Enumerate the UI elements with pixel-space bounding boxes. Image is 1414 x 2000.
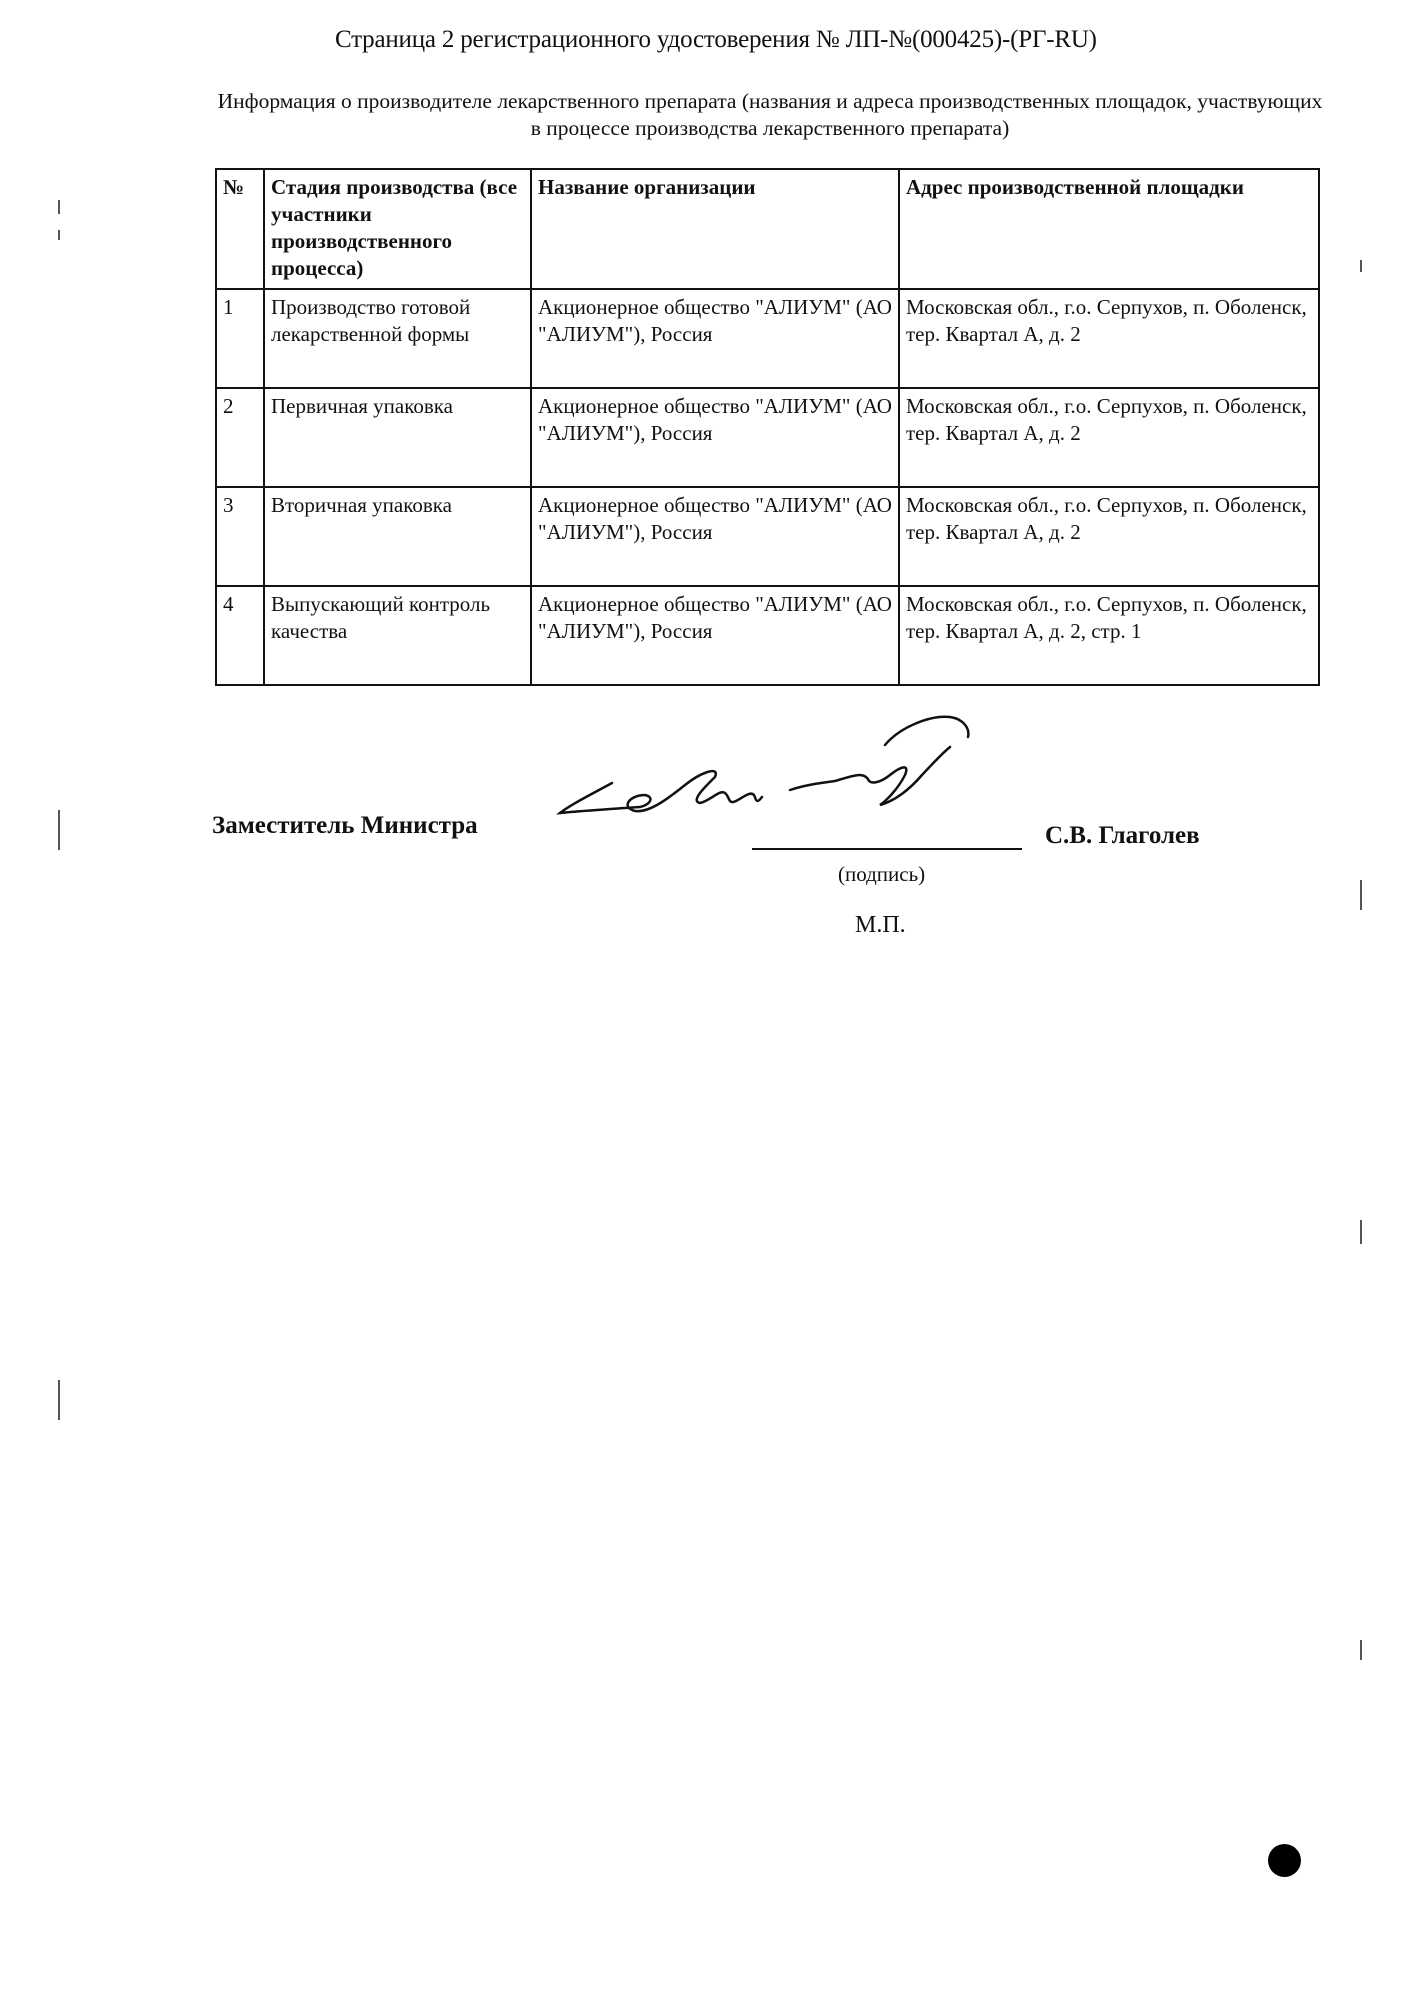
row-organization: Акционерное общество "АЛИУМ" (АО "АЛИУМ"… [531, 487, 899, 586]
signature-line [752, 848, 1022, 850]
row-stage: Производство готовой лекарственной формы [264, 289, 531, 388]
scan-artifact [58, 1380, 60, 1420]
column-header-stage: Стадия производства (все участники произ… [264, 169, 531, 289]
row-organization: Акционерное общество "АЛИУМ" (АО "АЛИУМ"… [531, 586, 899, 685]
row-stage: Выпускающий контроль качества [264, 586, 531, 685]
table-caption: Информация о производителе лекарственног… [215, 88, 1325, 142]
table-row: 4 Выпускающий контроль качества Акционер… [216, 586, 1319, 685]
row-organization: Акционерное общество "АЛИУМ" (АО "АЛИУМ"… [531, 388, 899, 487]
row-organization: Акционерное общество "АЛИУМ" (АО "АЛИУМ"… [531, 289, 899, 388]
column-header-organization: Название организации [531, 169, 899, 289]
row-address: Московская обл., г.о. Серпухов, п. Оболе… [899, 289, 1319, 388]
table-row: 2 Первичная упаковка Акционерное обществ… [216, 388, 1319, 487]
signatory-position: Заместитель Министра [212, 812, 478, 840]
row-address: Московская обл., г.о. Серпухов, п. Оболе… [899, 487, 1319, 586]
scan-artifact [58, 200, 60, 214]
scan-artifact [1360, 1640, 1362, 1660]
table-row: 1 Производство готовой лекарственной фор… [216, 289, 1319, 388]
row-number: 4 [216, 586, 264, 685]
row-number: 2 [216, 388, 264, 487]
column-header-number: № [216, 169, 264, 289]
handwritten-signature [550, 705, 1090, 835]
scan-artifact [1360, 260, 1362, 272]
table-header-row: № Стадия производства (все участники про… [216, 169, 1319, 289]
table-row: 3 Вторичная упаковка Акционерное обществ… [216, 487, 1319, 586]
manufacturer-table: № Стадия производства (все участники про… [215, 168, 1320, 686]
page-title: Страница 2 регистрационного удостоверени… [335, 26, 1097, 54]
row-stage: Первичная упаковка [264, 388, 531, 487]
row-address: Московская обл., г.о. Серпухов, п. Оболе… [899, 388, 1319, 487]
scan-artifact [58, 230, 60, 240]
signatory-name: С.В. Глаголев [1045, 822, 1200, 850]
row-number: 3 [216, 487, 264, 586]
row-stage: Вторичная упаковка [264, 487, 531, 586]
stamp-placeholder: М.П. [855, 912, 906, 939]
scan-dot-mark [1268, 1844, 1301, 1877]
row-address: Московская обл., г.о. Серпухов, п. Оболе… [899, 586, 1319, 685]
row-number: 1 [216, 289, 264, 388]
scan-artifact [58, 810, 60, 850]
scan-artifact [1360, 880, 1362, 910]
scan-artifact [1360, 1220, 1362, 1244]
signature-caption: (подпись) [838, 862, 925, 887]
column-header-address: Адрес производственной площадки [899, 169, 1319, 289]
